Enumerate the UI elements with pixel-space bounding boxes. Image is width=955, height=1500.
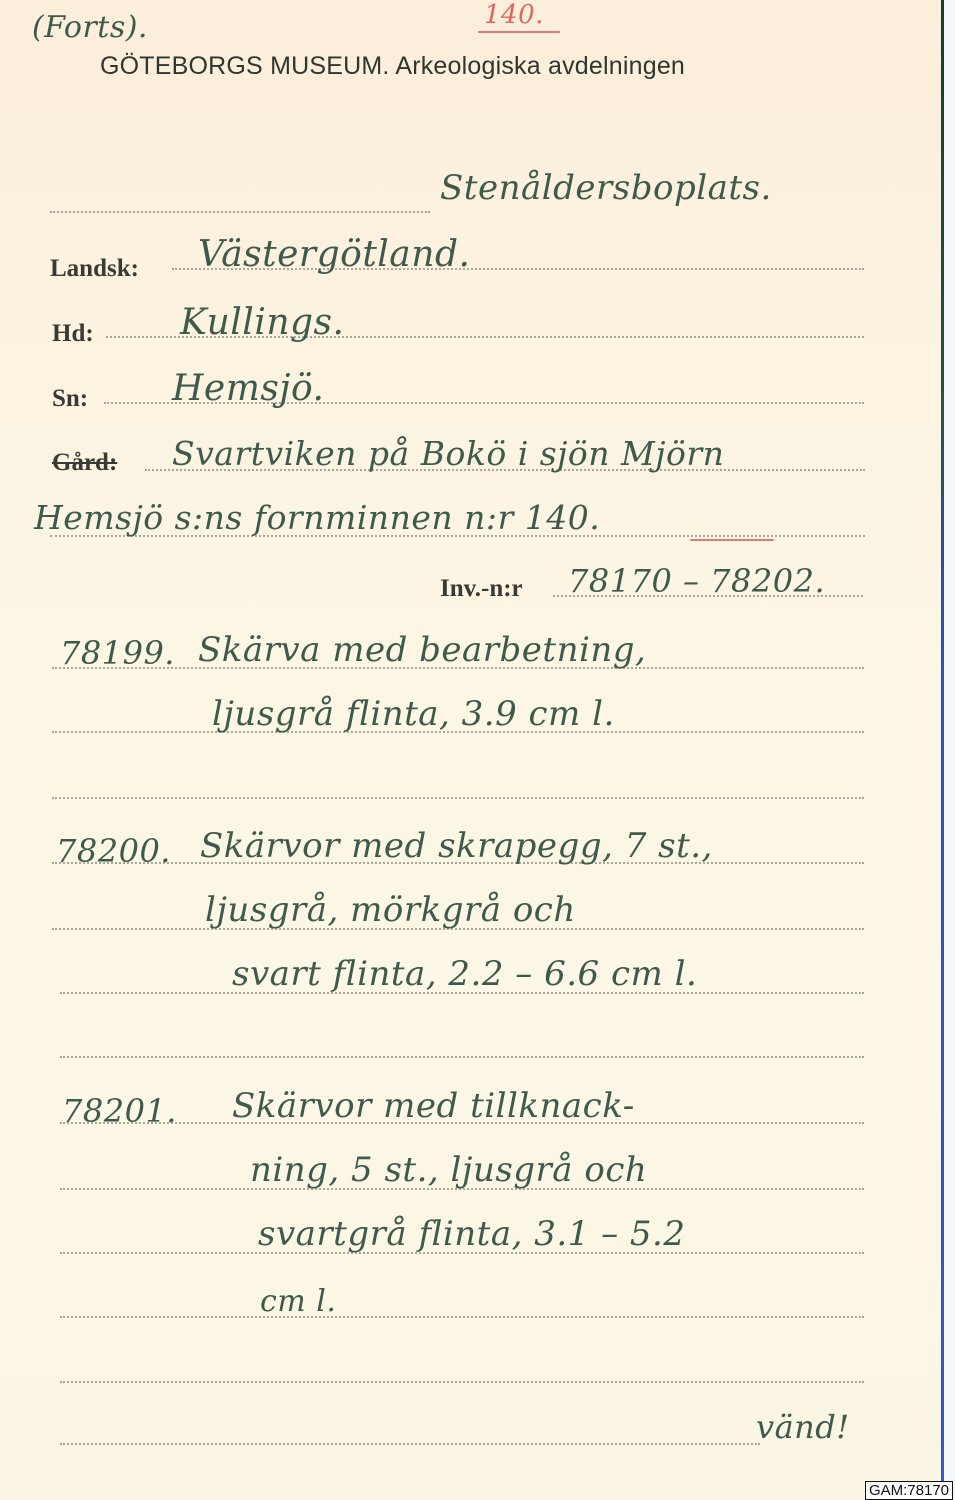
label-inv: Inv.-n:r: [440, 575, 523, 603]
entry-text-line: Skärva med bearbetning,: [198, 630, 646, 670]
department-name: Arkeologiska avdelningen: [395, 52, 685, 80]
site-category: Stenåldersboplats.: [440, 168, 772, 208]
ancient-monument-number: 140.: [525, 498, 600, 537]
dotted-line: [60, 1316, 864, 1318]
page-number: 140.: [484, 0, 544, 30]
entry-text-line: Skärvor med skrapegg, 7 st.,: [200, 826, 713, 866]
value-hd: Kullings.: [180, 302, 344, 343]
archive-id-stamp: GAM:78170: [865, 1481, 953, 1500]
dotted-line: [52, 797, 864, 799]
entry-text-line: svartgrå flinta, 3.1 – 5.2: [258, 1214, 685, 1254]
monument-number-underline: [690, 539, 774, 541]
institution-name: GÖTEBORGS MUSEUM.: [100, 52, 390, 80]
label-landsk: Landsk:: [50, 255, 139, 283]
dotted-line: [60, 1443, 760, 1445]
value-sn: Hemsjö.: [172, 368, 324, 409]
page-number-underline: [478, 31, 560, 33]
entry-text-line: ljusgrå flinta, 3.9 cm l.: [212, 694, 615, 734]
value-gard-line2: Hemsjö s:ns fornminnen n:r 140.: [34, 498, 600, 537]
dotted-line: [50, 211, 430, 213]
value-gard-line1: Svartviken på Bokö i sjön Mjörn: [172, 434, 724, 473]
dotted-line: [60, 1056, 864, 1058]
turn-over-note: vänd!: [756, 1408, 850, 1446]
gard-line2-text: Hemsjö s:ns fornminnen n:r: [34, 498, 514, 537]
catalog-card: (Forts). 140. GÖTEBORGS MUSEUM. Arkeolog…: [0, 0, 943, 1500]
label-gard: Gård:: [52, 449, 117, 477]
entry-number: 78201.: [62, 1092, 177, 1130]
entry-text-line: Skärvor med tillknack-: [232, 1086, 635, 1126]
entry-text-line: ning, 5 st., ljusgrå och: [250, 1150, 647, 1190]
value-inv: 78170 – 78202.: [568, 562, 825, 600]
museum-header: GÖTEBORGS MUSEUM. Arkeologiska avdelning…: [100, 52, 685, 81]
label-sn: Sn:: [52, 385, 88, 413]
entry-text-line: ljusgrå, mörkgrå och: [205, 890, 576, 930]
label-hd: Hd:: [52, 320, 94, 348]
scan-margin: [944, 0, 955, 1500]
value-landsk: Västergötland.: [198, 234, 470, 275]
continued-note: (Forts).: [32, 10, 148, 45]
entry-text-line: cm l.: [260, 1284, 336, 1319]
entry-text-line: svart flinta, 2.2 – 6.6 cm l.: [232, 954, 697, 994]
entry-number: 78200.: [56, 832, 171, 870]
dotted-line: [60, 1381, 864, 1383]
